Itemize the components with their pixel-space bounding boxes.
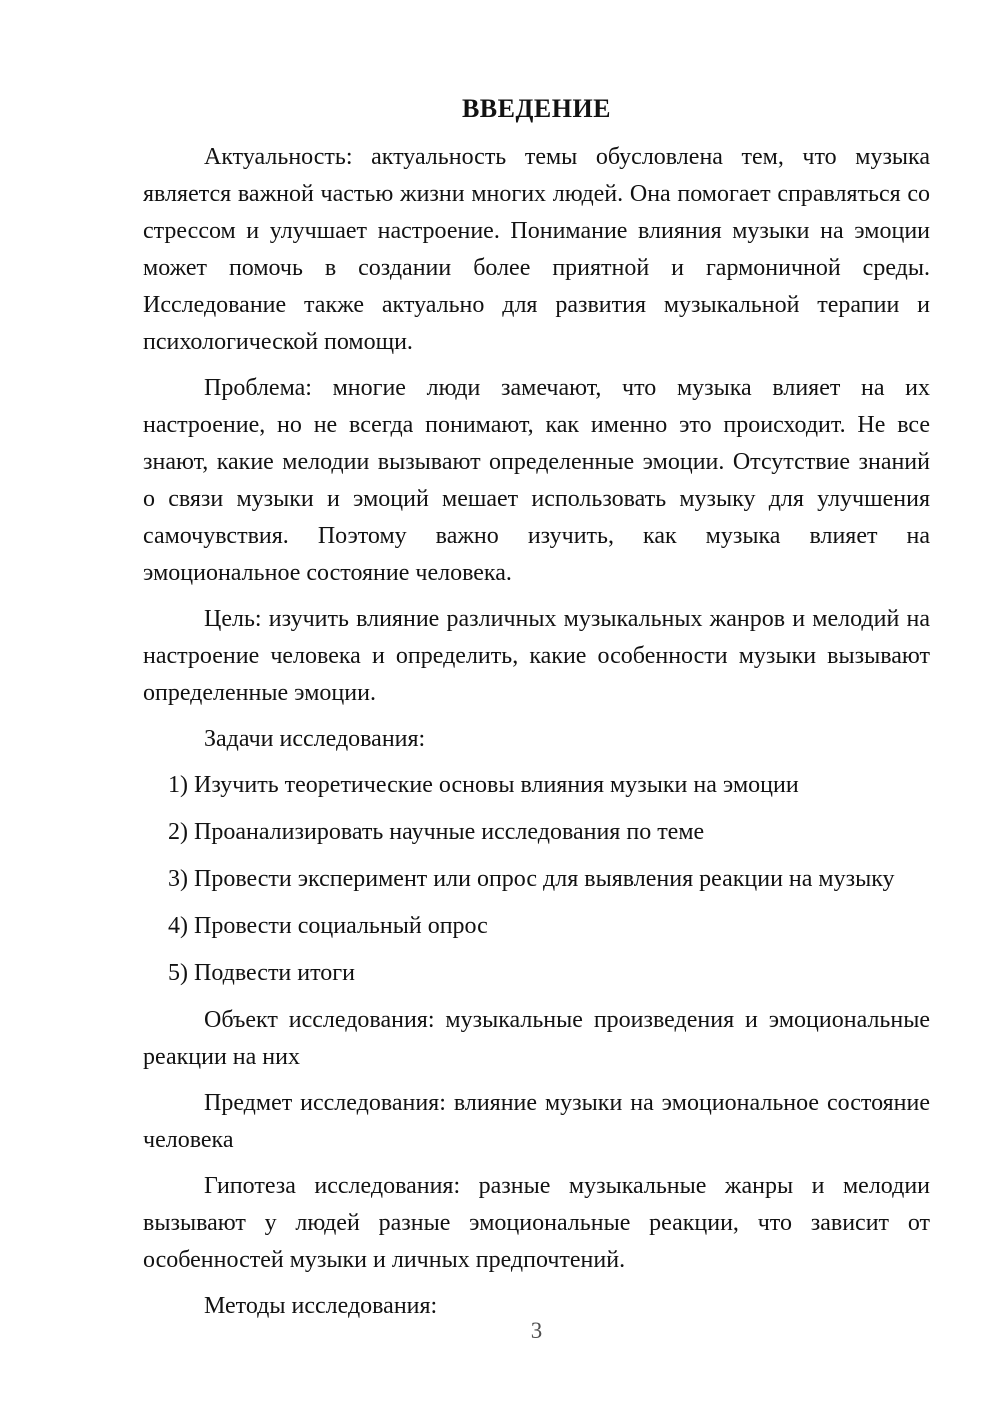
page-title: ВВЕДЕНИЕ [143,94,930,124]
page-number: 3 [143,1318,930,1344]
task-item-3: 3) Провести эксперимент или опрос для вы… [168,861,930,898]
task-item-4: 4) Провести социальный опрос [168,908,930,945]
paragraph-relevance: Актуальность: актуальность темы обусловл… [143,139,930,361]
tasks-list: 1) Изучить теоретические основы влияния … [168,767,930,992]
task-item-2: 2) Проанализировать научные исследования… [168,814,930,851]
task-item-1: 1) Изучить теоретические основы влияния … [168,767,930,804]
paragraph-object: Объект исследования: музыкальные произве… [143,1002,930,1076]
document-content: ВВЕДЕНИЕ Актуальность: актуальность темы… [0,0,1000,1325]
paragraph-tasks-heading: Задачи исследования: [143,721,930,758]
paragraph-subject: Предмет исследования: влияние музыки на … [143,1085,930,1159]
document-page: ВВЕДЕНИЕ Актуальность: актуальность темы… [0,0,1000,1414]
task-item-5: 5) Подвести итоги [168,955,930,992]
paragraph-goal: Цель: изучить влияние различных музыкаль… [143,601,930,712]
paragraph-problem: Проблема: многие люди замечают, что музы… [143,370,930,592]
paragraph-hypothesis: Гипотеза исследования: разные музыкальны… [143,1168,930,1279]
